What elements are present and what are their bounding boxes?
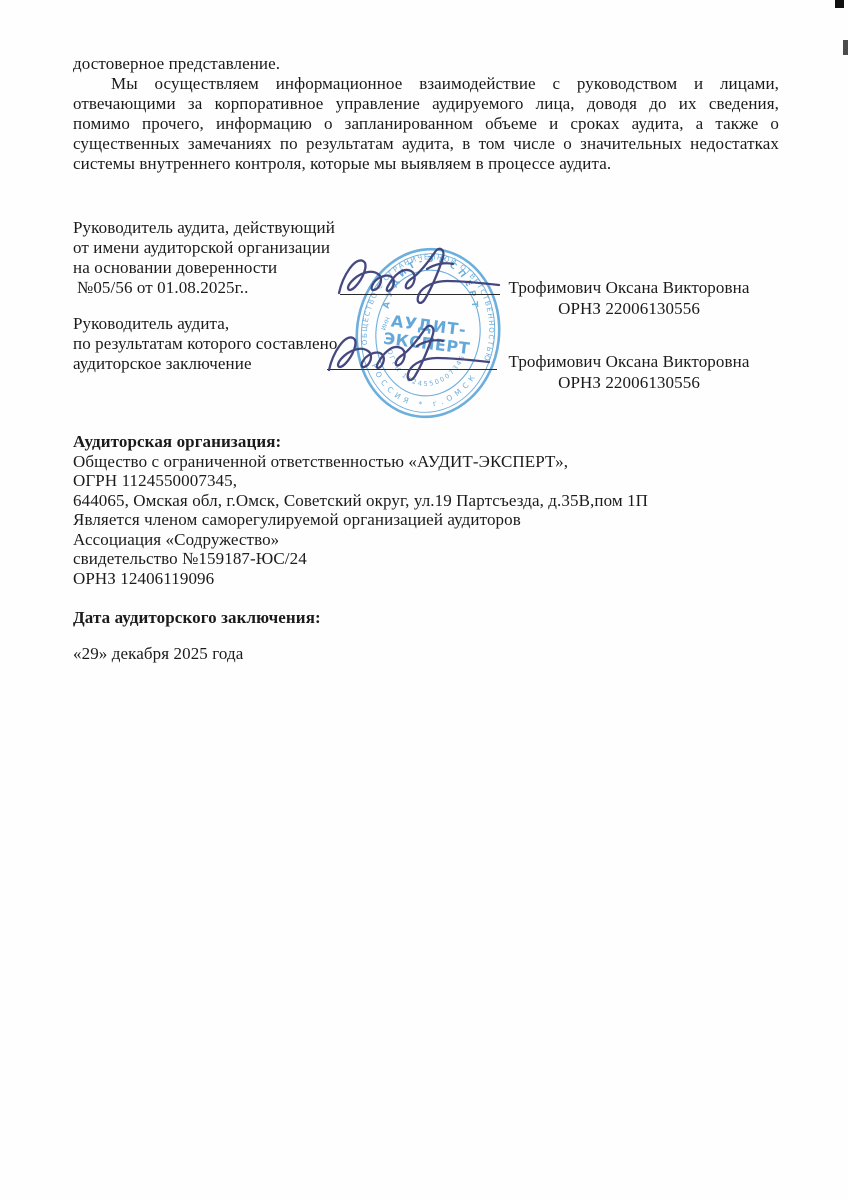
role-line: №05/56 от 01.08.2025г.. [73,278,403,298]
paragraph-line: Мы осуществляем информационное взаимодей… [73,74,779,94]
organization-line: Является членом саморегулируемой организ… [73,510,779,530]
organization-line: 644065, Омская обл, г.Омск, Советский ок… [73,491,779,511]
intro-paragraph: достоверное представление. Мы осуществля… [73,54,779,174]
date-heading: Дата аудиторского заключения: [73,608,779,628]
signer-name: Трофимович Оксана Викторовна [498,351,760,372]
organization-section: Аудиторская организация: Общество с огра… [73,432,779,588]
paragraph-line: системы внутреннего контроля, которые мы… [73,154,779,174]
date-section: Дата аудиторского заключения: «29» декаб… [73,608,779,664]
signer-name: Трофимович Оксана Викторовна [498,277,760,298]
paragraph-line: существенных замечаниях по результатам а… [73,134,779,154]
paragraph-line: отвечающими за корпоративное управление … [73,94,779,114]
role-line: Руководитель аудита, [73,314,403,334]
role-line: на основании доверенности [73,258,403,278]
organization-line: ОГРН 1124550007345, [73,471,779,491]
signature-line-2 [327,369,497,370]
signer-block-2: Трофимович Оксана Викторовна ОРНЗ 220061… [498,351,760,393]
scan-artifact [843,40,848,55]
role-line: аудиторское заключение [73,354,403,374]
signer-block-1: Трофимович Оксана Викторовна ОРНЗ 220061… [498,277,760,319]
signer-ornz: ОРНЗ 22006130556 [498,298,760,319]
organization-line: Общество с ограниченной ответственностью… [73,452,779,472]
organization-line: ОРНЗ 12406119096 [73,569,779,589]
signature-role-1: Руководитель аудита, действующий от имен… [73,218,403,298]
organization-line: Ассоциация «Содружество» [73,530,779,550]
signature-line-1 [340,294,500,295]
scan-artifact [835,0,844,8]
signer-ornz: ОРНЗ 22006130556 [498,372,760,393]
role-line: от имени аудиторской организации [73,238,403,258]
role-line: по результатам которого составлено [73,334,403,354]
organization-line: свидетельство №159187-ЮС/24 [73,549,779,569]
date-value: «29» декабря 2025 года [73,644,779,664]
role-line: Руководитель аудита, действующий [73,218,403,238]
scanned-audit-report-page: достоверное представление. Мы осуществля… [0,0,848,1200]
paragraph-line: помимо прочего, информацию о запланирова… [73,114,779,134]
signature-role-2: Руководитель аудита, по результатам кото… [73,314,403,374]
organization-heading: Аудиторская организация: [73,432,779,452]
paragraph-tail-line: достоверное представление. [73,54,779,74]
